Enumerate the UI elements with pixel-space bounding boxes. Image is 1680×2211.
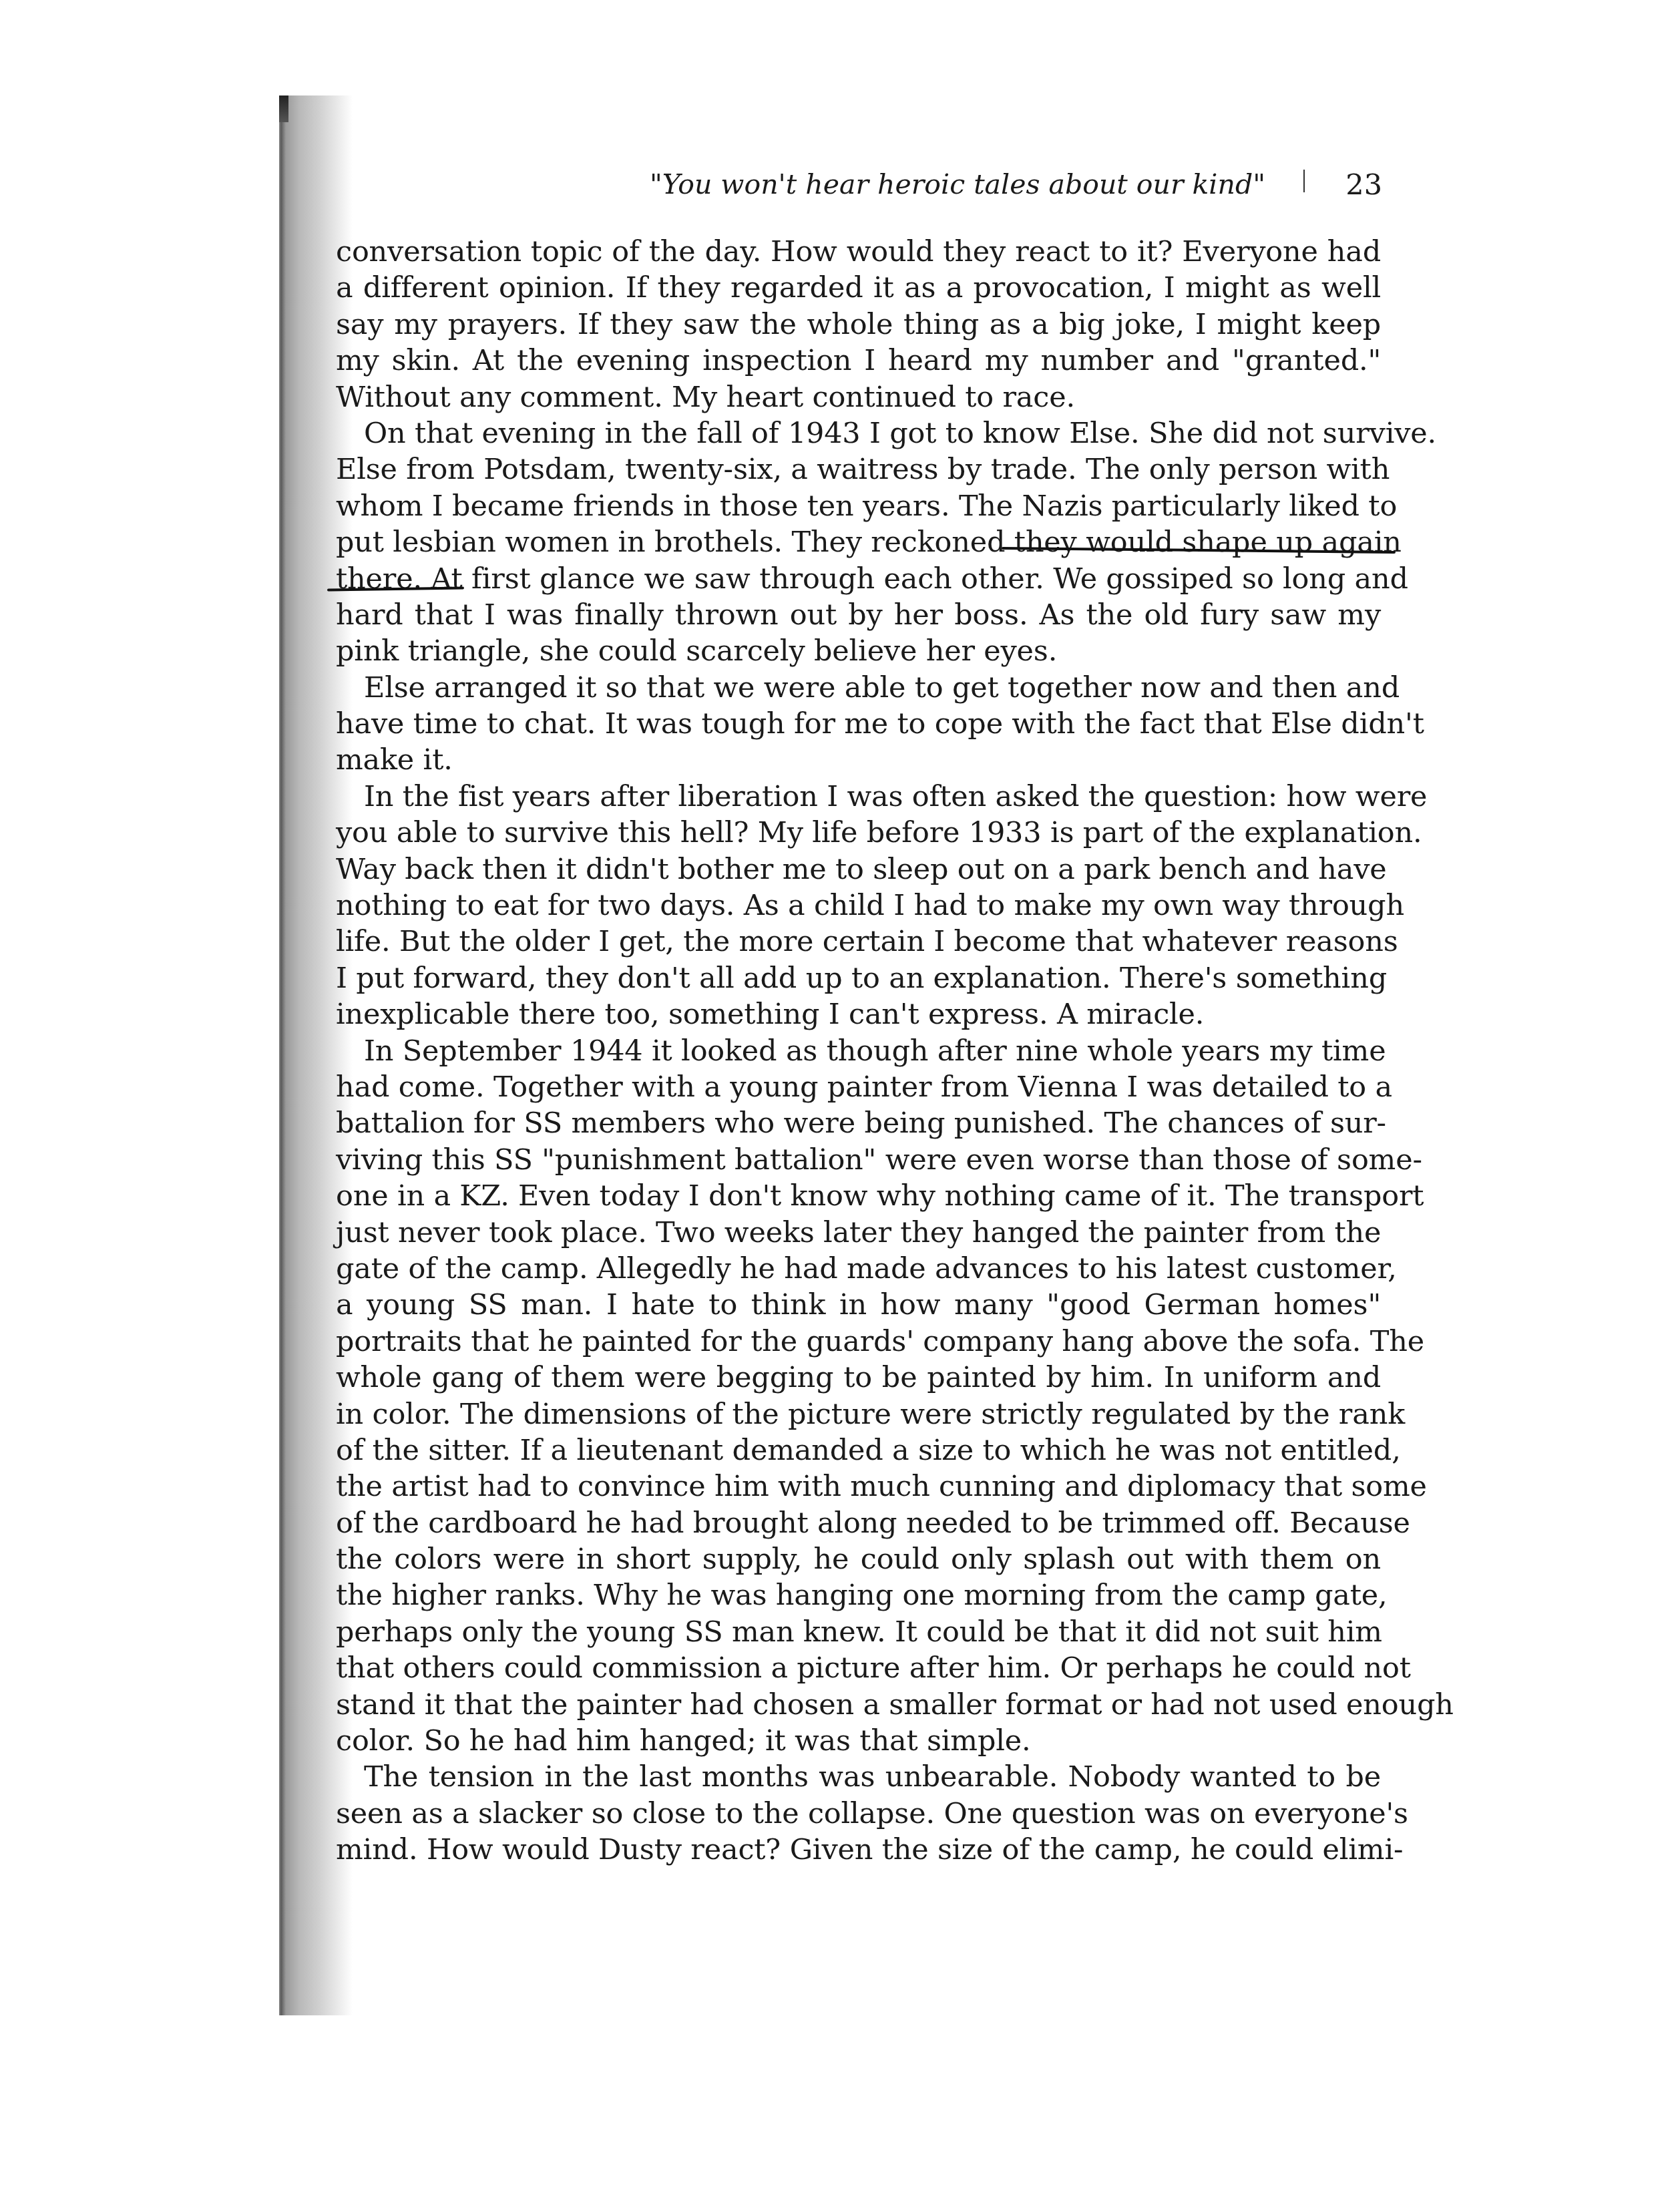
- page-number: 23: [1345, 168, 1382, 202]
- text-line: Without any comment. My heart continued …: [336, 379, 1381, 415]
- text-line: you able to survive this hell? My life b…: [336, 815, 1381, 851]
- text-line: make it.: [336, 742, 1381, 778]
- text-line: a different opinion. If they regarded it…: [336, 270, 1381, 306]
- text-line: the higher ranks. Why he was hanging one…: [336, 1577, 1381, 1613]
- paragraph-start-line: In September 1944 it looked as though af…: [336, 1033, 1381, 1069]
- running-title: "You won't hear heroic tales about our k…: [650, 168, 1265, 200]
- text-line: whole gang of them were begging to be pa…: [336, 1360, 1381, 1396]
- text-line: there. At first glance we saw through ea…: [336, 561, 1381, 597]
- text-line: portraits that he painted for the guards…: [336, 1324, 1381, 1360]
- text-line: inexplicable there too, something I can'…: [336, 996, 1381, 1032]
- text-line: gate of the camp. Allegedly he had made …: [336, 1251, 1381, 1287]
- paragraph-start-line: In the fist years after liberation I was…: [336, 779, 1381, 815]
- text-line: conversation topic of the day. How would…: [336, 234, 1381, 270]
- text-line: viving this SS "punishment battalion" we…: [336, 1142, 1381, 1178]
- text-line: have time to chat. It was tough for me t…: [336, 706, 1381, 742]
- text-line: Else from Potsdam, twenty-six, a waitres…: [336, 451, 1381, 487]
- text-line: had come. Together with a young painter …: [336, 1069, 1381, 1105]
- text-line: I put forward, they don't all add up to …: [336, 960, 1381, 996]
- page-body: conversation topic of the day. How would…: [336, 234, 1381, 1868]
- text-line: the artist had to convince him with much…: [336, 1468, 1381, 1504]
- text-line: nothing to eat for two days. As a child …: [336, 887, 1381, 924]
- text-line: mind. How would Dusty react? Given the s…: [336, 1832, 1381, 1868]
- text-line: seen as a slacker so close to the collap…: [336, 1796, 1381, 1832]
- text-line: in color. The dimensions of the picture …: [336, 1396, 1381, 1432]
- text-line: battalion for SS members who were being …: [336, 1105, 1381, 1141]
- text-line: hard that I was finally thrown out by he…: [336, 597, 1381, 633]
- text-line: stand it that the painter had chosen a s…: [336, 1687, 1381, 1723]
- text-line: whom I became friends in those ten years…: [336, 488, 1381, 524]
- text-line: my skin. At the evening inspection I hea…: [336, 343, 1381, 379]
- text-line: perhaps only the young SS man knew. It c…: [336, 1614, 1381, 1650]
- paragraph-start-line: Else arranged it so that we were able to…: [336, 670, 1381, 706]
- scan-edge-mark: [279, 95, 288, 122]
- text-line: Way back then it didn't bother me to sle…: [336, 851, 1381, 887]
- text-line: color. So he had him hanged; it was that…: [336, 1723, 1381, 1759]
- text-line: that others could commission a picture a…: [336, 1650, 1381, 1686]
- running-header: "You won't hear heroic tales about our k…: [0, 168, 1382, 208]
- text-line: one in a KZ. Even today I don't know why…: [336, 1178, 1381, 1214]
- paragraph-start-line: On that evening in the fall of 1943 I go…: [336, 415, 1381, 451]
- text-line: of the sitter. If a lieutenant demanded …: [336, 1432, 1381, 1468]
- header-separator: [1303, 170, 1305, 192]
- text-line: just never took place. Two weeks later t…: [336, 1215, 1381, 1251]
- text-line: life. But the older I get, the more cert…: [336, 924, 1381, 960]
- text-line: the colors were in short supply, he coul…: [336, 1541, 1381, 1577]
- text-line: of the cardboard he had brought along ne…: [336, 1505, 1381, 1541]
- text-line: pink triangle, she could scarcely believ…: [336, 633, 1381, 669]
- paragraph-start-line: The tension in the last months was unbea…: [336, 1759, 1381, 1795]
- text-line: say my prayers. If they saw the whole th…: [336, 307, 1381, 343]
- text-line: a young SS man. I hate to think in how m…: [336, 1287, 1381, 1323]
- text-line: put lesbian women in brothels. They reck…: [336, 524, 1381, 560]
